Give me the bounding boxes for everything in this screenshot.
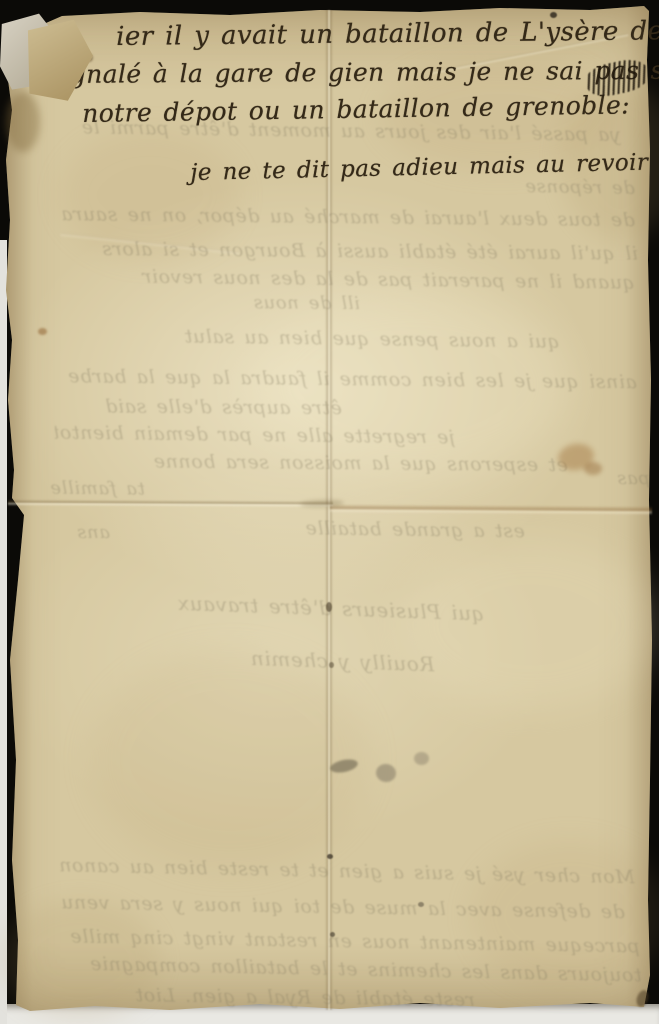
scanner-platen-strip-left: [0, 240, 7, 1024]
scanned-letter-page: ya passé l'air des jours au moment d'êtr…: [0, 0, 659, 1024]
